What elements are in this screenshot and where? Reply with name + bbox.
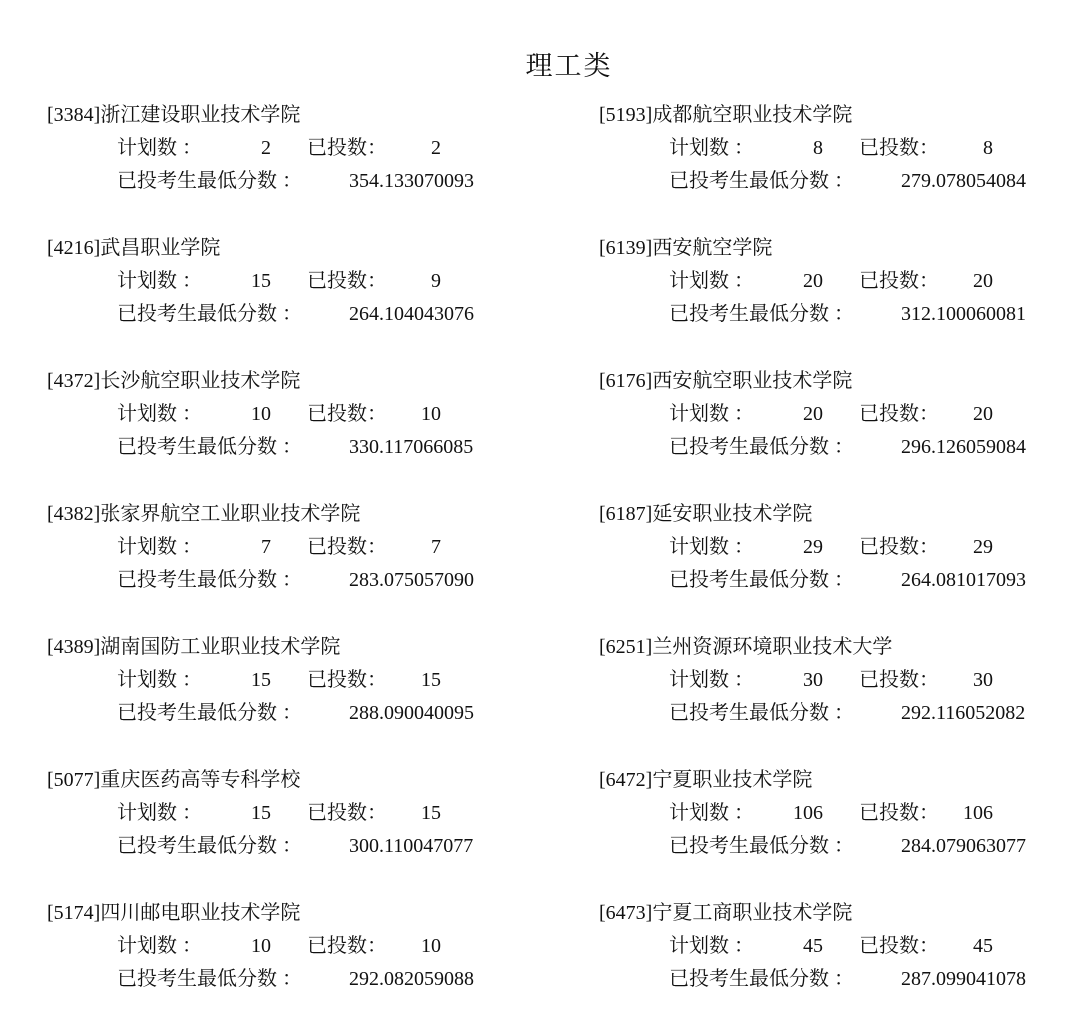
school-name: [6473]宁夏工商职业技术学院 bbox=[599, 896, 852, 930]
cast-label: 已投数： bbox=[859, 397, 939, 431]
plan-value: 30 bbox=[769, 663, 823, 697]
plan-label: 计划数 ： bbox=[669, 929, 754, 963]
min-score-label: 已投考生最低分数 ： bbox=[117, 962, 302, 996]
plan-value: 7 bbox=[217, 530, 271, 564]
cast-value: 29 bbox=[939, 530, 993, 564]
min-score-label: 已投考生最低分数 ： bbox=[117, 430, 302, 464]
cast-value: 15 bbox=[387, 796, 441, 830]
cast-label: 已投数： bbox=[307, 929, 387, 963]
cast-value: 30 bbox=[939, 663, 993, 697]
cast-value: 10 bbox=[387, 929, 441, 963]
plan-label: 计划数 ： bbox=[669, 264, 754, 298]
min-score-label: 已投考生最低分数 ： bbox=[669, 696, 854, 730]
min-score-label: 已投考生最低分数 ： bbox=[117, 164, 302, 198]
cast-value: 20 bbox=[939, 397, 993, 431]
plan-label: 计划数 ： bbox=[669, 530, 754, 564]
school-name: [6176]西安航空职业技术学院 bbox=[599, 364, 852, 398]
cast-label: 已投数： bbox=[859, 264, 939, 298]
plan-label: 计划数 ： bbox=[117, 929, 202, 963]
school-name: [4372]长沙航空职业技术学院 bbox=[47, 364, 300, 398]
school-name: [4389]湖南国防工业职业技术学院 bbox=[47, 630, 340, 664]
cast-value: 20 bbox=[939, 264, 993, 298]
cast-value: 7 bbox=[387, 530, 441, 564]
min-score-label: 已投考生最低分数 ： bbox=[669, 430, 854, 464]
cast-value: 10 bbox=[387, 397, 441, 431]
min-score-label: 已投考生最低分数 ： bbox=[669, 962, 854, 996]
min-score-label: 已投考生最低分数 ： bbox=[117, 297, 302, 331]
min-score-value: 283.075057090 bbox=[349, 563, 474, 597]
cast-value: 2 bbox=[387, 131, 441, 165]
cast-value: 15 bbox=[387, 663, 441, 697]
plan-label: 计划数 ： bbox=[117, 530, 202, 564]
school-name: [4216]武昌职业学院 bbox=[47, 231, 220, 265]
plan-label: 计划数 ： bbox=[669, 663, 754, 697]
cast-label: 已投数： bbox=[307, 663, 387, 697]
plan-label: 计划数 ： bbox=[669, 131, 754, 165]
cast-value: 106 bbox=[939, 796, 993, 830]
plan-value: 29 bbox=[769, 530, 823, 564]
min-score-value: 330.117066085 bbox=[349, 430, 473, 464]
min-score-label: 已投考生最低分数 ： bbox=[669, 164, 854, 198]
school-name: [6472]宁夏职业技术学院 bbox=[599, 763, 812, 797]
min-score-label: 已投考生最低分数 ： bbox=[117, 696, 302, 730]
plan-value: 15 bbox=[217, 264, 271, 298]
cast-label: 已投数： bbox=[859, 663, 939, 697]
plan-value: 10 bbox=[217, 929, 271, 963]
min-score-value: 264.104043076 bbox=[349, 297, 474, 331]
school-name: [6187]延安职业技术学院 bbox=[599, 497, 812, 531]
school-name: [3384]浙江建设职业技术学院 bbox=[47, 98, 300, 132]
cast-label: 已投数： bbox=[859, 530, 939, 564]
cast-value: 45 bbox=[939, 929, 993, 963]
min-score-value: 292.116052082 bbox=[901, 696, 1025, 730]
school-name: [6139]西安航空学院 bbox=[599, 231, 772, 265]
min-score-value: 288.090040095 bbox=[349, 696, 474, 730]
plan-value: 15 bbox=[217, 663, 271, 697]
min-score-value: 296.126059084 bbox=[901, 430, 1026, 464]
plan-value: 45 bbox=[769, 929, 823, 963]
cast-label: 已投数： bbox=[859, 131, 939, 165]
min-score-label: 已投考生最低分数 ： bbox=[117, 829, 302, 863]
school-name: [5077]重庆医药高等专科学校 bbox=[47, 763, 300, 797]
plan-label: 计划数 ： bbox=[117, 264, 202, 298]
plan-label: 计划数 ： bbox=[117, 131, 202, 165]
min-score-value: 312.100060081 bbox=[901, 297, 1026, 331]
min-score-value: 292.082059088 bbox=[349, 962, 474, 996]
plan-label: 计划数 ： bbox=[117, 397, 202, 431]
min-score-value: 287.099041078 bbox=[901, 962, 1026, 996]
cast-label: 已投数： bbox=[307, 131, 387, 165]
cast-label: 已投数： bbox=[307, 530, 387, 564]
plan-value: 106 bbox=[769, 796, 823, 830]
plan-label: 计划数 ： bbox=[117, 796, 202, 830]
school-name: [5193]成都航空职业技术学院 bbox=[599, 98, 852, 132]
min-score-value: 284.079063077 bbox=[901, 829, 1026, 863]
cast-label: 已投数： bbox=[859, 796, 939, 830]
school-name: [4382]张家界航空工业职业技术学院 bbox=[47, 497, 360, 531]
min-score-label: 已投考生最低分数 ： bbox=[669, 829, 854, 863]
cast-label: 已投数： bbox=[307, 264, 387, 298]
school-name: [6251]兰州资源环境职业技术大学 bbox=[599, 630, 892, 664]
plan-value: 20 bbox=[769, 397, 823, 431]
plan-value: 20 bbox=[769, 264, 823, 298]
cast-label: 已投数： bbox=[859, 929, 939, 963]
min-score-label: 已投考生最低分数 ： bbox=[117, 563, 302, 597]
plan-label: 计划数 ： bbox=[669, 397, 754, 431]
plan-value: 10 bbox=[217, 397, 271, 431]
min-score-value: 354.133070093 bbox=[349, 164, 474, 198]
plan-value: 15 bbox=[217, 796, 271, 830]
min-score-label: 已投考生最低分数 ： bbox=[669, 563, 854, 597]
min-score-value: 300.110047077 bbox=[349, 829, 473, 863]
cast-label: 已投数： bbox=[307, 397, 387, 431]
school-name: [5174]四川邮电职业技术学院 bbox=[47, 896, 300, 930]
plan-value: 2 bbox=[217, 131, 271, 165]
cast-value: 8 bbox=[939, 131, 993, 165]
cast-value: 9 bbox=[387, 264, 441, 298]
cast-label: 已投数： bbox=[307, 796, 387, 830]
min-score-label: 已投考生最低分数 ： bbox=[669, 297, 854, 331]
plan-value: 8 bbox=[769, 131, 823, 165]
plan-label: 计划数 ： bbox=[117, 663, 202, 697]
page-title: 理工类 bbox=[0, 46, 1082, 86]
min-score-value: 279.078054084 bbox=[901, 164, 1026, 198]
min-score-value: 264.081017093 bbox=[901, 563, 1026, 597]
plan-label: 计划数 ： bbox=[669, 796, 754, 830]
